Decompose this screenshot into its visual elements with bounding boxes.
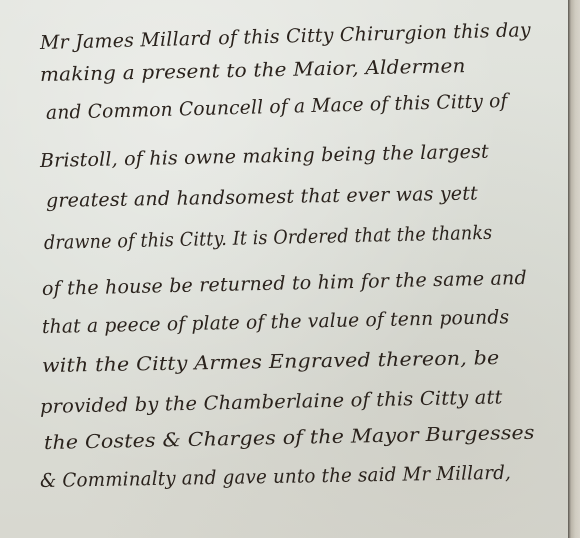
manuscript-line-6: drawne of this Citty. It is Ordered that… <box>44 222 493 254</box>
manuscript-line-8: that a peece of plate of the value of te… <box>42 306 510 338</box>
manuscript-line-2: making a present to the Maior, Aldermen <box>40 55 466 86</box>
manuscript-line-3: and Common Councell of a Mace of this Ci… <box>46 90 508 124</box>
manuscript-line-12: & Comminalty and gave unto the said Mr M… <box>40 462 511 492</box>
manuscript-line-4: Bristoll, of his owne making being the l… <box>40 141 489 172</box>
manuscript-line-7: of the house be returned to him for the … <box>42 267 527 300</box>
manuscript-text: Mr James Millard of this Citty Chirurgio… <box>0 0 568 538</box>
manuscript-line-10: provided by the Chamberlaine of this Cit… <box>40 386 503 418</box>
manuscript-line-5: greatest and handsomest that ever was ye… <box>46 182 478 212</box>
manuscript-line-11: the Costes & Charges of the Mayor Burges… <box>44 422 535 454</box>
manuscript-line-9: with the Citty Armes Engraved thereon, b… <box>42 347 500 377</box>
manuscript-line-1: Mr James Millard of this Citty Chirurgio… <box>40 19 531 54</box>
page-edge <box>568 0 580 538</box>
